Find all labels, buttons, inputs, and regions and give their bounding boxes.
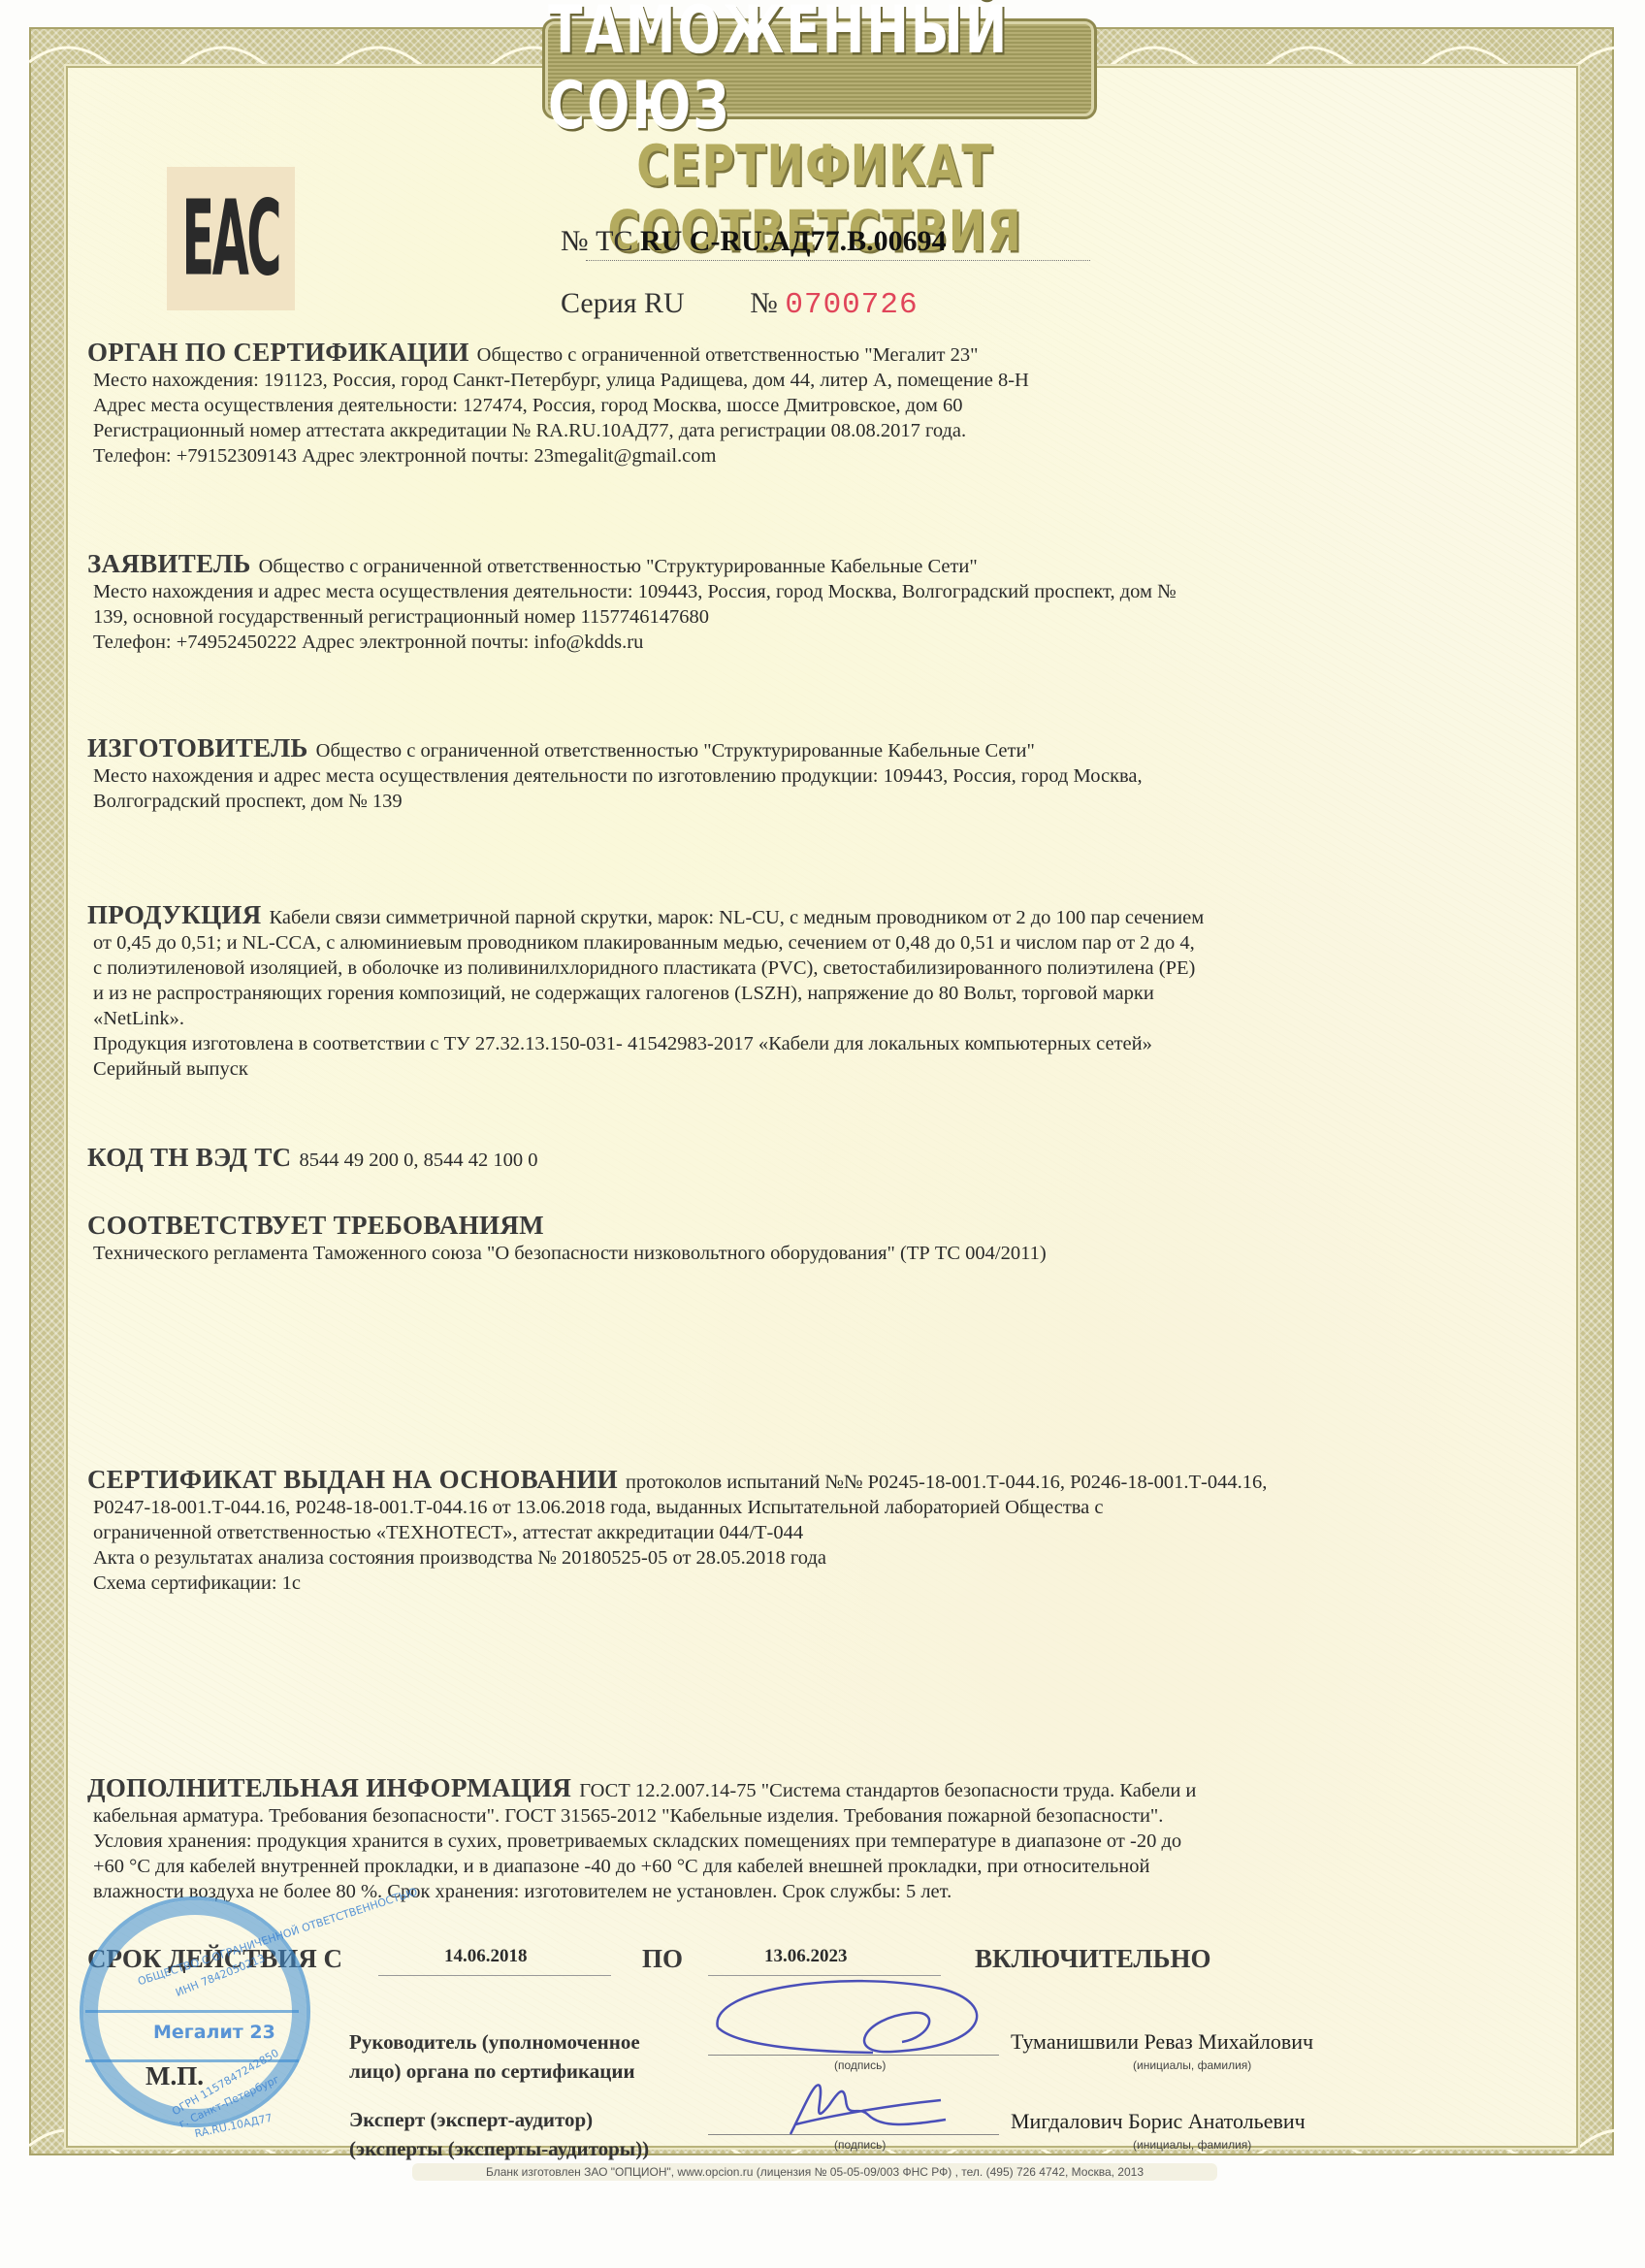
- certification-body-name: Общество с ограниченной ответственностью…: [477, 344, 979, 366]
- section-heading: ПРОДУКЦИЯ: [87, 900, 262, 929]
- head-signature-line: [708, 2055, 999, 2056]
- valid-to-label: ПО: [642, 1944, 683, 1974]
- valid-from-underline: [378, 1975, 611, 1976]
- text-line: Место нахождения и адрес места осуществл…: [87, 579, 1513, 604]
- text-line: протоколов испытаний №№ Р0245-18-001.Т-0…: [626, 1472, 1267, 1493]
- text-line: ограниченной ответственностью «ТЕХНОТЕСТ…: [87, 1520, 1513, 1545]
- manufacturer-name: Общество с ограниченной ответственностью…: [316, 740, 1035, 761]
- section-tn-ved: КОД ТН ВЭД ТС8544 49 200 0, 8544 42 100 …: [87, 1145, 1513, 1173]
- section-heading: ОРГАН ПО СЕРТИФИКАЦИИ: [87, 338, 469, 367]
- valid-from-date: 14.06.2018: [444, 1946, 528, 1967]
- section-certification-body: ОРГАН ПО СЕРТИФИКАЦИИОбщество с ограниче…: [87, 340, 1513, 469]
- section-additional-info: ДОПОЛНИТЕЛЬНАЯ ИНФОРМАЦИЯГОСТ 12.2.007.1…: [87, 1775, 1513, 1904]
- text-line: Условия хранения: продукция хранится в с…: [87, 1829, 1513, 1854]
- text-line: от 0,45 до 0,51; и NL-CCA, с алюминиевым…: [87, 930, 1513, 956]
- text-line: кабельная арматура. Требования безопасно…: [87, 1803, 1513, 1829]
- series-line: Серия RU № 0700726: [561, 287, 919, 322]
- customs-union-plate: ТАМОЖЕННЫЙ СОЮЗ: [545, 21, 1094, 116]
- text-line: Р0247-18-001.Т-044.16, Р0248-18-001.Т-04…: [87, 1495, 1513, 1520]
- validity-suffix: ВКЛЮЧИТЕЛЬНО: [975, 1944, 1211, 1974]
- series-label: Серия: [561, 287, 637, 319]
- expert-label-line2: (эксперты (эксперты-аудиторы)): [349, 2134, 649, 2163]
- section-heading: ИЗГОТОВИТЕЛЬ: [87, 733, 308, 762]
- text-line: 139, основной государственный регистраци…: [87, 604, 1513, 630]
- customs-union-title: ТАМОЖЕННЫЙ СОЮЗ: [548, 0, 1091, 145]
- stamp-center-text: Мегалит 23: [153, 2022, 275, 2043]
- blank-print-info: Бланк изготовлен ЗАО "ОПЦИОН", www.opcio…: [412, 2163, 1217, 2181]
- text-line: Телефон: +79152309143 Адрес электронной …: [87, 443, 1513, 469]
- text-line: Регистрационный номер аттестата аккредит…: [87, 418, 1513, 443]
- seal-place-label: М.П.: [145, 2061, 204, 2091]
- expert-signature-caption: (подпись): [834, 2138, 886, 2152]
- cert-number-label: № ТС: [561, 225, 632, 257]
- blank-number-label: №: [750, 287, 778, 319]
- section-basis: СЕРТИФИКАТ ВЫДАН НА ОСНОВАНИИпротоколов …: [87, 1467, 1513, 1596]
- text-line: Место нахождения: 191123, Россия, город …: [87, 368, 1513, 393]
- text-line: Адрес места осуществления деятельности: …: [87, 393, 1513, 418]
- applicant-name: Общество с ограниченной ответственностью…: [259, 556, 978, 577]
- cert-number-value: RU C-RU.АД77.В.00694: [640, 225, 947, 257]
- section-product: ПРОДУКЦИЯКабели связи симметричной парно…: [87, 902, 1513, 1082]
- section-heading: СЕРТИФИКАТ ВЫДАН НА ОСНОВАНИИ: [87, 1465, 618, 1494]
- text-line: Кабели связи симметричной парной скрутки…: [270, 907, 1205, 928]
- section-heading: ЗАЯВИТЕЛЬ: [87, 549, 251, 578]
- eac-mark: ЕАС: [167, 167, 295, 310]
- blank-number: 0700726: [785, 288, 918, 322]
- section-heading: КОД ТН ВЭД ТС: [87, 1143, 291, 1172]
- head-label-line2: лицо) органа по сертификации: [349, 2057, 635, 2086]
- head-name: Туманишвили Реваз Михайлович: [1011, 2029, 1313, 2055]
- section-manufacturer: ИЗГОТОВИТЕЛЬОбщество с ограниченной отве…: [87, 735, 1513, 814]
- compliance-text: Технического регламента Таможенного союз…: [87, 1241, 1513, 1266]
- head-name-caption: (инициалы, фамилия): [1133, 2058, 1251, 2072]
- text-line: Акта о результатах анализа состояния про…: [87, 1545, 1513, 1571]
- text-line: «NetLink».: [87, 1006, 1513, 1031]
- text-line: влажности воздуха не более 80 %. Срок хр…: [87, 1879, 1513, 1904]
- section-heading: СООТВЕТСТВУЕТ ТРЕБОВАНИЯМ: [87, 1211, 544, 1240]
- validity-period: СРОК ДЕЙСТВИЯ С 14.06.2018 ПО 13.06.2023…: [87, 1944, 1445, 1983]
- certificate-number: № ТС RU C-RU.АД77.В.00694: [561, 225, 947, 258]
- cert-number-underline: [586, 260, 1090, 261]
- text-line: с полиэтиленовой изоляцией, в оболочке и…: [87, 956, 1513, 981]
- valid-to-date: 13.06.2023: [764, 1946, 848, 1967]
- valid-to-underline: [708, 1975, 941, 1976]
- section-compliance: СООТВЕТСТВУЕТ ТРЕБОВАНИЯМ Технического р…: [87, 1213, 1513, 1266]
- expert-name: Мигдалович Борис Анатольевич: [1011, 2109, 1306, 2134]
- text-line: Волгоградский проспект, дом № 139: [87, 789, 1513, 814]
- head-signature-caption: (подпись): [834, 2058, 886, 2072]
- expert-name-caption: (инициалы, фамилия): [1133, 2138, 1251, 2152]
- tn-ved-codes: 8544 49 200 0, 8544 42 100 0: [299, 1150, 537, 1171]
- text-line: Схема сертификации: 1с: [87, 1571, 1513, 1596]
- text-line: ГОСТ 12.2.007.14-75 "Система стандартов …: [579, 1780, 1196, 1801]
- text-line: и из не распространяющих горения компози…: [87, 981, 1513, 1006]
- series-value: RU: [644, 287, 685, 319]
- text-line: +60 °С для кабелей внутренней прокладки,…: [87, 1854, 1513, 1879]
- section-heading: ДОПОЛНИТЕЛЬНАЯ ИНФОРМАЦИЯ: [87, 1773, 571, 1802]
- expert-signature-line: [708, 2134, 999, 2135]
- text-line: Место нахождения и адрес места осуществл…: [87, 763, 1513, 789]
- head-label-line1: Руководитель (уполномоченное: [349, 2027, 640, 2057]
- section-applicant: ЗАЯВИТЕЛЬОбщество с ограниченной ответст…: [87, 551, 1513, 655]
- text-line: Телефон: +74952450222 Адрес электронной …: [87, 630, 1513, 655]
- text-line: Продукция изготовлена в соответствии с Т…: [87, 1031, 1513, 1056]
- eac-logo-icon: ЕАС: [182, 178, 280, 299]
- expert-label-line1: Эксперт (эксперт-аудитор): [349, 2105, 593, 2134]
- text-line: Серийный выпуск: [87, 1056, 1513, 1082]
